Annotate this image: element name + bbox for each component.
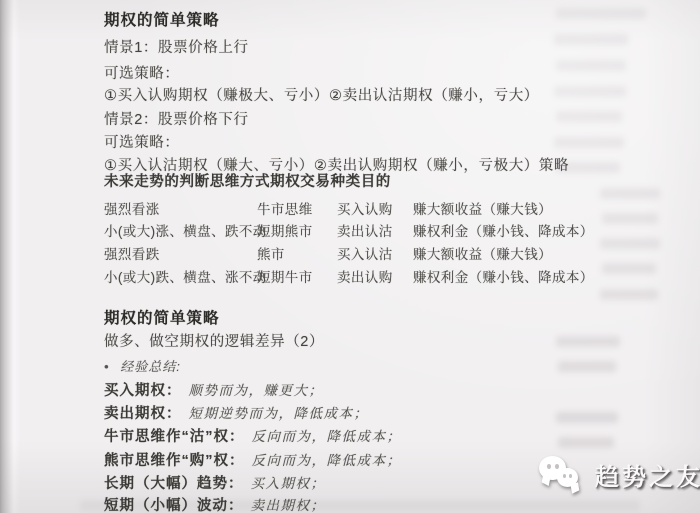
table-intro-line: 未来走势的判断思维方式期权交易种类目的	[104, 170, 391, 191]
section2-subtitle: 做多、做空期权的逻辑差异（2）	[104, 330, 324, 351]
action-cell: 卖出认购	[337, 266, 393, 286]
action-cell: 买入认沽	[337, 243, 393, 263]
bleed-through-band	[554, 34, 628, 45]
experience-summary-line: • 经验总结:	[104, 356, 181, 375]
bleed-through-band	[554, 86, 626, 97]
bleed-through-band	[556, 336, 620, 347]
watermark-label: 趋势之友	[595, 457, 700, 492]
bleed-through-band	[554, 137, 624, 148]
item-value: 短期逆势而为，降低成本；	[189, 406, 369, 421]
bullet-marker: •	[104, 359, 110, 374]
summary-item: 短期（小幅）波动：卖出期权；	[104, 494, 326, 513]
bleed-through-band	[556, 111, 622, 122]
bleed-through-band	[556, 60, 626, 71]
table-row: 小(或大)跌、横盘、涨不动 短期牛市 卖出认购 赚权利金（赚小钱、降成本）	[104, 266, 644, 284]
market-view-cell: 小(或大)涨、横盘、跌不动	[104, 220, 267, 240]
mindset-cell: 牛市思维	[257, 198, 313, 218]
bleed-through-band	[556, 412, 618, 423]
item-value: 买入期权；	[251, 476, 326, 491]
item-value: 反向而为，降低成本；	[252, 453, 402, 468]
bleed-through-band	[558, 437, 614, 448]
table-row: 强烈看涨 牛市思维 买入认购 赚大额收益（赚大钱）	[104, 198, 644, 216]
section1-title: 期权的简单策略	[104, 8, 220, 30]
wechat-eye	[569, 474, 572, 478]
photographed-document-page: 期权的简单策略 情景1：股票价格上行 可选策略： ①买入认购期权（赚极大、亏小）…	[0, 0, 700, 513]
action-cell: 买入认购	[337, 198, 393, 218]
bullet-text: 经验总结:	[120, 359, 181, 374]
optional-strategy2-line: 可选策略：	[104, 131, 180, 152]
section2-title: 期权的简单策略	[104, 306, 220, 328]
item-value: 反向而为，降低成本；	[252, 429, 402, 444]
mindset-cell: 熊市	[257, 243, 285, 263]
item-value: 顺势而为，赚更大；	[189, 383, 324, 398]
scenario2-line: 情景2：股票价格下行	[104, 108, 249, 129]
wechat-eye	[555, 464, 559, 469]
summary-item: 买入期权：顺势而为，赚更大；	[104, 379, 324, 400]
bleed-through-band	[556, 8, 646, 19]
mindset-cell: 短期牛市	[257, 266, 313, 286]
outcome-cell: 赚大额收益（赚大钱）	[413, 243, 552, 263]
wechat-icon	[538, 453, 585, 495]
item-label: 短期（小幅）波动：	[104, 498, 244, 513]
outcome-cell: 赚权利金（赚小钱、降成本）	[413, 266, 594, 286]
outcome-cell: 赚权利金（赚小钱、降成本）	[413, 220, 594, 240]
summary-item: 长期（大幅）趋势：买入期权；	[104, 472, 326, 493]
market-view-cell: 小(或大)跌、横盘、涨不动	[104, 266, 267, 286]
table-row: 强烈看跌 熊市 买入认沽 赚大额收益（赚大钱）	[104, 243, 644, 261]
summary-item: 卖出期权：短期逆势而为，降低成本；	[104, 402, 369, 423]
item-value: 卖出期权；	[251, 498, 326, 513]
summary-item: 熊市思维作“购”权：反向而为，降低成本；	[104, 449, 402, 470]
strategies1-line: ①买入认购期权（赚极大、亏小）②卖出认沽期权（赚小，亏大）	[104, 84, 539, 105]
page-edge-shadow	[0, 0, 20, 513]
market-view-cell: 强烈看跌	[104, 243, 160, 263]
action-cell: 卖出认沽	[337, 220, 393, 240]
summary-item: 牛市思维作“沽”权：反向而为，降低成本；	[104, 425, 402, 446]
bleed-through-band	[600, 289, 658, 300]
item-label: 卖出期权：	[104, 406, 182, 422]
watermark: 趋势之友	[538, 452, 700, 496]
bleed-through-band	[558, 361, 616, 372]
table-row: 小(或大)涨、横盘、跌不动 短期熊市 卖出认沽 赚权利金（赚小钱、降成本）	[104, 220, 644, 238]
market-view-cell: 强烈看涨	[104, 198, 160, 218]
scenario1-line: 情景1：股票价格上行	[104, 36, 249, 57]
item-label: 长期（大幅）趋势：	[104, 476, 244, 492]
wechat-eye	[563, 474, 566, 478]
wechat-bubble-tail	[571, 482, 580, 494]
wechat-eye	[547, 464, 551, 469]
optional-strategy1-line: 可选策略：	[104, 62, 180, 83]
item-label: 买入期权：	[104, 383, 182, 399]
item-label: 牛市思维作“沽”权：	[104, 429, 245, 445]
item-label: 熊市思维作“购”权：	[104, 453, 245, 469]
mindset-cell: 短期熊市	[257, 220, 313, 240]
outcome-cell: 赚大额收益（赚大钱）	[413, 198, 552, 218]
